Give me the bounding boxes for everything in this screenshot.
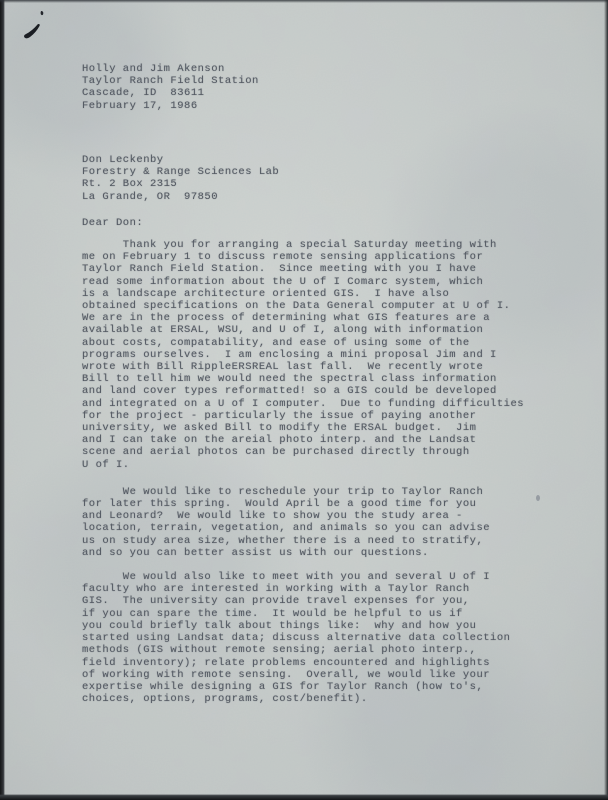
sender-address-block: Holly and Jim Akenson Taylor Ranch Field…: [82, 63, 259, 112]
salutation: Dear Don:: [82, 217, 143, 229]
paragraph-3: We would also like to meet with you and …: [82, 571, 524, 705]
scanned-letter-page: Holly and Jim Akenson Taylor Ranch Field…: [0, 0, 608, 800]
recipient-address-block: Don Leckenby Forestry & Range Sciences L…: [82, 154, 279, 203]
scan-edge-left: [0, 0, 5, 800]
paragraph-1: Thank you for arranging a special Saturd…: [82, 239, 524, 471]
paragraph-2: We would like to reschedule your trip to…: [82, 486, 524, 559]
paper-speck: [536, 495, 540, 501]
scan-edge-bottom: [0, 794, 608, 800]
scan-edge-right: [604, 0, 608, 800]
scan-edge-top: [0, 0, 608, 3]
letter-body: Thank you for arranging a special Saturd…: [82, 239, 524, 705]
pen-mark-icon: [14, 4, 58, 44]
